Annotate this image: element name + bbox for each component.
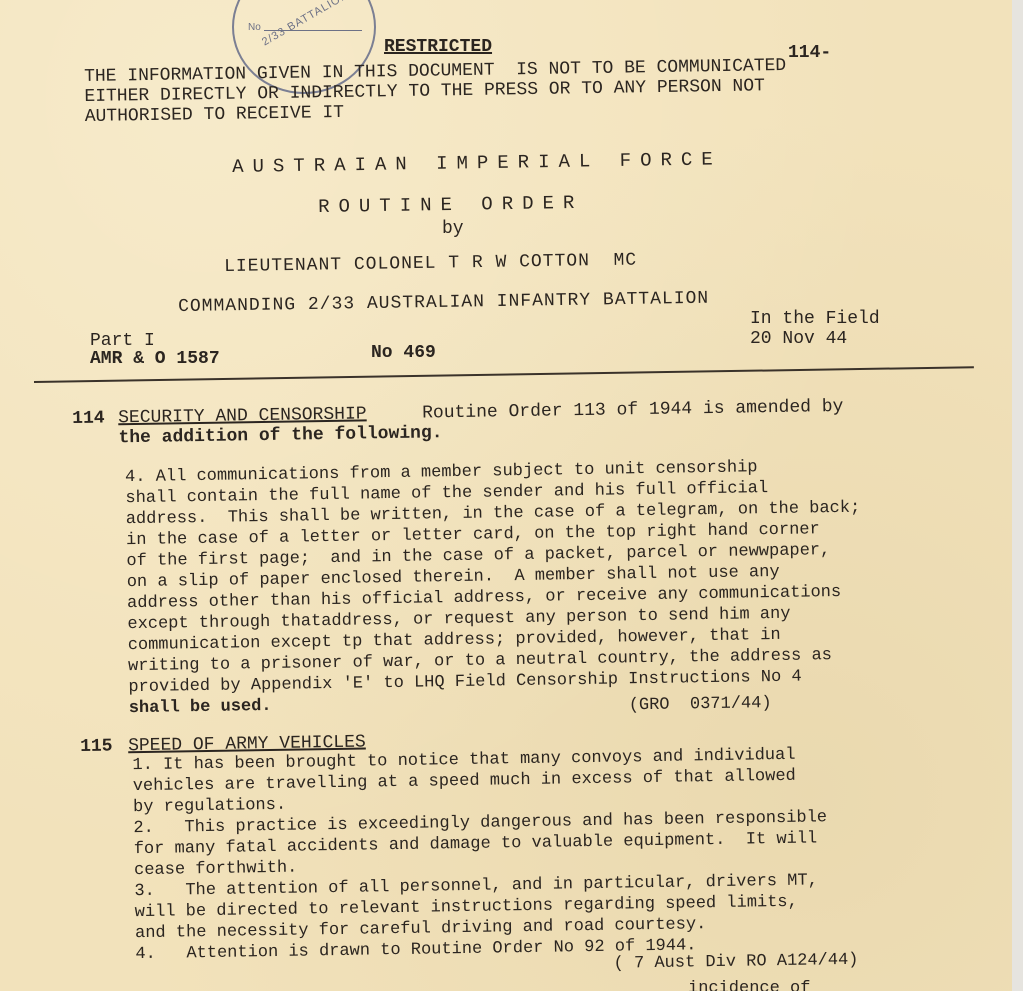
document-page: No 2/33 BATTALION RESTRICTED 114- THE IN… [0,0,1012,991]
page-number: 114- [788,44,831,62]
classification-label: RESTRICTED [384,38,492,56]
by-label: by [442,220,464,238]
document-title: ROUTINE ORDER [318,194,584,217]
scan-border [1012,0,1023,991]
body-line: shall be used. [129,696,272,719]
stamp-number-label: No [248,22,261,33]
stamp-unit: 2/33 BATTALION [260,0,351,48]
issuing-officer: LIEUTENANT COLONEL T R W COTTON MC [224,252,637,276]
section-reference: ( 7 Aust Div RO A124/44) [613,950,858,975]
order-number: No 469 [371,344,436,362]
command-line: COMMANDING 2/33 AUSTRALIAN INFANTRY BATT… [178,290,709,316]
location: In the Field [750,310,880,328]
body-line: cease forthwith. [134,858,298,882]
order-date: 20 Nov 44 [750,330,847,348]
amr-reference: AMR & O 1587 [90,350,220,368]
warning-line: AUTHORISED TO RECEIVE IT [85,104,345,126]
force-title: AUSTRAIAN IMPERIAL FORCE [232,150,722,177]
section-intro: Routine Order 113 of 1944 is amended by [422,398,844,423]
part-label: Part I [90,332,155,350]
section-number: 115 [80,737,113,756]
continued-text-fragment: incidence of [688,980,810,991]
section-number: 114 [72,409,105,428]
section-reference: (GRO 0371/44) [629,693,772,716]
section-intro: the addition of the following. [118,424,442,447]
body-line: by regulations. [133,795,286,818]
